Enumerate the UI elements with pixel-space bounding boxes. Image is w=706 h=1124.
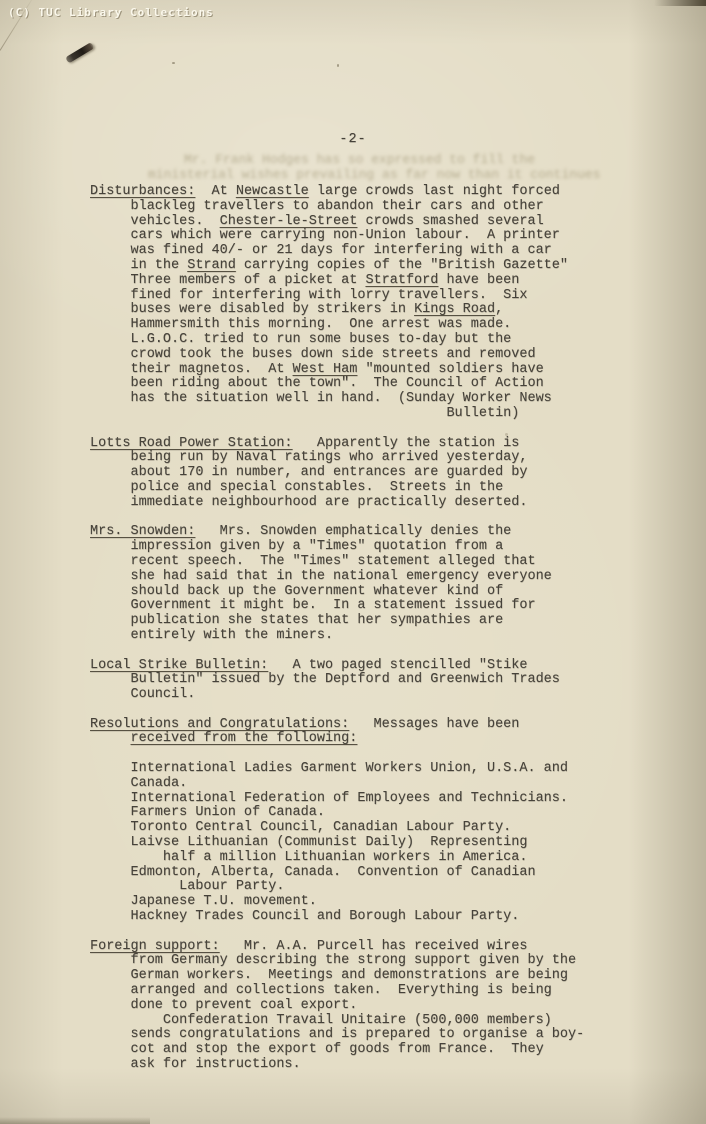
text-line: Labour Party.: [90, 880, 584, 895]
scan-edge-shadow: [654, 0, 706, 6]
text-line: Government it might be. In a statement i…: [90, 599, 584, 614]
text-line: was fined 40/- or 21 days for interferin…: [90, 244, 584, 259]
text-line: Local Strike Bulletin: A two paged stenc…: [90, 659, 584, 674]
text-line: German workers. Meetings and demonstrati…: [90, 969, 584, 984]
bleed-through-text: Mr. Frank Hodges has so expressed to fil…: [184, 152, 535, 167]
text-line: Three members of a picket at Stratford h…: [90, 274, 584, 289]
text-line: been riding about the town". The Council…: [90, 377, 584, 392]
text-line: should back up the Government whatever k…: [90, 585, 584, 600]
text-line: she had said that in the national emerge…: [90, 570, 584, 585]
text-line: International Federation of Employees an…: [90, 792, 584, 807]
text-line: entirely with the miners.: [90, 629, 584, 644]
text-line: in the Strand carrying copies of the "Br…: [90, 259, 584, 274]
text-line: recent speech. The "Times" statement all…: [90, 555, 584, 570]
page-number: -2-: [0, 132, 706, 147]
text-line: Council.: [90, 688, 584, 703]
paragraph: Lotts Road Power Station: Apparently the…: [90, 437, 584, 511]
text-line: Mrs. Snowden: Mrs. Snowden emphatically …: [90, 525, 584, 540]
paper-speck: [172, 62, 175, 64]
text-line: half a million Lithuanian workers in Ame…: [90, 851, 584, 866]
text-line: Hackney Trades Council and Borough Labou…: [90, 910, 584, 925]
copyright-watermark: (C) TUC Library Collections: [8, 6, 214, 19]
text-line: fined for interfering with lorry travell…: [90, 289, 584, 304]
text-line: blackleg travellers to abandon their car…: [90, 200, 584, 215]
paragraph: Resolutions and Congratulations: Message…: [90, 718, 584, 748]
text-line: Lotts Road Power Station: Apparently the…: [90, 437, 584, 452]
text-line: Hammersmith this morning. One arrest was…: [90, 318, 584, 333]
paragraph: Local Strike Bulletin: A two paged stenc…: [90, 659, 584, 703]
text-line: being run by Naval ratings who arrived y…: [90, 451, 584, 466]
text-line: International Ladies Garment Workers Uni…: [90, 762, 584, 777]
bleed-through-text: ministerial wishes prevailing as far now…: [148, 167, 600, 182]
text-line: Bulletin): [90, 407, 584, 422]
text-line: Confederation Travail Unitaire (500,000 …: [90, 1014, 584, 1029]
text-line: impression given by a "Times" quotation …: [90, 540, 584, 555]
text-line: about 170 in number, and entrances are g…: [90, 466, 584, 481]
text-line: ask for instructions.: [90, 1058, 584, 1073]
text-line: Disturbances: At Newcastle large crowds …: [90, 185, 584, 200]
text-line: from Germany describing the strong suppo…: [90, 954, 584, 969]
text-line: crowd took the buses down side streets a…: [90, 348, 584, 363]
text-line: police and special constables. Streets i…: [90, 481, 584, 496]
text-line: cars which were carrying non-Union labou…: [90, 229, 584, 244]
paper-speck: [337, 64, 339, 67]
text-line: Farmers Union of Canada.: [90, 806, 584, 821]
text-line: sends congratulations and is prepared to…: [90, 1028, 584, 1043]
text-line: done to prevent coal export.: [90, 999, 584, 1014]
text-line: Japanese T.U. movement.: [90, 895, 584, 910]
paragraph: Disturbances: At Newcastle large crowds …: [90, 185, 584, 422]
text-line: publication she states that her sympathi…: [90, 614, 584, 629]
text-line: Laivse Lithuanian (Communist Daily) Repr…: [90, 836, 584, 851]
text-line: Foreign support: Mr. A.A. Purcell has re…: [90, 940, 584, 955]
text-line: cot and stop the export of goods from Fr…: [90, 1043, 584, 1058]
text-line: Edmonton, Alberta, Canada. Convention of…: [90, 866, 584, 881]
text-line: immediate neighbourhood are practically …: [90, 496, 584, 511]
text-line: their magnetos. At West Ham "mounted sol…: [90, 363, 584, 378]
text-line: Toronto Central Council, Canadian Labour…: [90, 821, 584, 836]
text-line: buses were disabled by strikers in Kings…: [90, 303, 584, 318]
scan-edge-shadow: [0, 1117, 150, 1124]
text-line: has the situation well in hand. (Sunday …: [90, 392, 584, 407]
text-line: arranged and collections taken. Everythi…: [90, 984, 584, 999]
text-line: L.G.O.C. tried to run some buses to-day …: [90, 333, 584, 348]
text-line: received from the following:: [90, 732, 584, 747]
scanned-document-page: { "watermark": "(C) TUC Library Collecti…: [0, 0, 706, 1124]
document-text: Disturbances: At Newcastle large crowds …: [90, 185, 584, 1073]
text-line: Canada.: [90, 777, 584, 792]
text-line: vehicles. Chester-le-Street crowds smash…: [90, 215, 584, 230]
text-line: Bulletin" issued by the Deptford and Gre…: [90, 673, 584, 688]
paragraph: Mrs. Snowden: Mrs. Snowden emphatically …: [90, 525, 584, 643]
text-line: Resolutions and Congratulations: Message…: [90, 718, 584, 733]
paragraph: International Ladies Garment Workers Uni…: [90, 762, 584, 925]
staple-mark: [65, 42, 94, 63]
paragraph: Foreign support: Mr. A.A. Purcell has re…: [90, 940, 584, 1073]
